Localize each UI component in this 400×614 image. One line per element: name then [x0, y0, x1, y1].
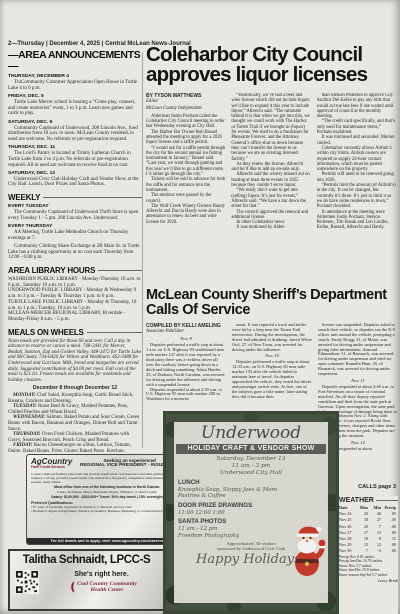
weather-row-date: Nov 30 — [339, 548, 357, 554]
announcement-body: The Lord’s Pantry is located at Trinity … — [8, 151, 142, 168]
meal-day: THURSDAY: — [13, 432, 41, 437]
underwood-banner: HOLIDAY CRAFT & VENDOR SHOW — [176, 444, 326, 454]
announcement-events-list: THURSDAY, DECEMBER 4 TruCommunity Custom… — [8, 74, 142, 188]
sheriff-entry: assist. It was reported a truck and trai… — [232, 323, 312, 352]
weather-row-max: 7 — [357, 548, 370, 554]
article-col3-paragraphs: man Stetson Pedersen to approve City Aud… — [317, 93, 396, 231]
sheriff-headline: McLean County Sheriff’s Department Calls… — [146, 288, 398, 318]
announcement-item: THURSDAY, DEC. 11 The Lord’s Pantry is l… — [8, 145, 142, 168]
article-paragraph: Albrecht said the winery missed out on h… — [231, 172, 310, 188]
weather-table-rows: Nov 24 43 26 .05 Nov 25 38 27 .30 Nov 26… — [339, 511, 398, 554]
weekly-item: EVERY THURSDAY AA Meeting, Turtle Lake M… — [8, 224, 142, 241]
sheriff-byline-role: Associate Publisher — [146, 329, 226, 334]
lead-article: Coleharbor City Council approves liquor … — [146, 45, 396, 257]
sheriff-col2-items: assist. It was reported a truck and trai… — [232, 323, 312, 400]
santa-claus-icon — [288, 523, 326, 577]
weather-summary-list: Precip Nov 0.81 inchesPrecip Jan-Dec 16.… — [339, 555, 398, 578]
meal-item: FRIDAY: Bacon Cheeseburger on a Bun, Let… — [8, 443, 142, 452]
talitha-ad-row: She's right here. Coal Country Community… — [15, 570, 158, 594]
meal-day: FRIDAY: — [13, 443, 33, 448]
article-byline-role: Editor — [146, 99, 225, 104]
announcement-body: Underwood Civic Club Holiday Craft and V… — [8, 177, 142, 188]
article-headline: Coleharbor City Council approves liquor … — [146, 45, 396, 85]
sheriff-col1-items: Nov. 8Deputies performed a traffic stop … — [146, 336, 226, 402]
sheriff-entry: Deputies performed a traffic stop at abo… — [146, 343, 226, 387]
qr-code-icon — [15, 570, 39, 594]
weekly-events-list: EVERY TUESDAY The Community Cupboard of … — [8, 204, 142, 261]
underwood-craft-show-ad: Underwood HOLIDAY CRAFT & VENDOR SHOW Sa… — [163, 411, 339, 614]
column-divider-rule — [142, 52, 143, 448]
agcountry-brand-subtext: Farm Credit Services — [31, 466, 72, 470]
underwood-doorprize-times: 11:00 12:00 1:00 — [178, 510, 324, 516]
coal-country-logo: Coal Country Community Health Center — [45, 581, 158, 593]
agcountry-locations: Cando, Bottineau, Minot, Bonetraill, Rug… — [31, 490, 183, 494]
library-hours-item: WASHBURN PUBLIC LIBRARY - Monday-Thursda… — [8, 277, 142, 288]
underwood-ad-inner: Underwood HOLIDAY CRAFT & VENDOR SHOW Sa… — [174, 422, 328, 603]
weather-box: WEATHER Date Max Min Precip Nov 24 43 26… — [339, 496, 398, 614]
agcountry-logo: AgCountry Farm Credit Services — [31, 458, 72, 470]
article-column-2: “Historically, we’ve had a beer and wine… — [231, 93, 310, 257]
article-paragraph: It was motioned by Alder- — [231, 225, 310, 230]
agcountry-body-text: to lead a high-performing sales team and… — [31, 472, 183, 484]
article-paragraph: “Permits limit the amount (of Airbnb’s) … — [317, 183, 396, 209]
announcement-body: Turtle Lake Mercer school is hosting a “… — [8, 100, 142, 117]
talitha-schnaidt-ad: Talitha Schnaidt, LPCC-S — [8, 549, 165, 611]
article-column-3: man Stetson Pedersen to approve City Aud… — [317, 93, 396, 257]
article-columns: BY TYSON MATTHEWS Editor McLean County I… — [146, 93, 396, 257]
weather-row-precip: .00 — [383, 548, 398, 554]
article-paragraph: man Stetson Pedersen to approve City Aud… — [317, 93, 396, 119]
announcement-item: SATURDAY, DEC. 6 Community Cupboard of U… — [8, 120, 142, 143]
meal-day: TUESDAY: — [13, 404, 37, 409]
meal-item: TUESDAY: Roast Beef & Gravy, Mashed Pota… — [8, 404, 142, 415]
article-paragraph: It was motioned and seconded. Motion car… — [317, 135, 396, 146]
article-paragraph: Permits will need to be renewed going in… — [317, 172, 396, 183]
article-paragraph: In attendance at the meeting were Alderm… — [317, 210, 396, 231]
underwood-lunch-label: LUNCH — [178, 479, 324, 487]
article-paragraph: Tickets will be sold in advance for both… — [146, 177, 225, 193]
meal-item: MONDAY: Chef Salad, Knoephla Soup, Garli… — [8, 393, 142, 404]
library-hours-item: TURTLE LAKE PUBLIC LIBRARY - Monday & Th… — [8, 300, 142, 311]
article-paragraph: “The credit card specifically, and that’… — [317, 119, 396, 135]
meal-day: WEDNESDAY: — [13, 415, 45, 420]
meal-item: WEDNESDAY: Salmon, Baked Potato and Sour… — [8, 415, 142, 432]
weekly-item: Community Clothing Share-Exchange at 2B … — [8, 244, 142, 261]
agcountry-qualification-item: Bachelor's degree in Agriculture, Financ… — [31, 509, 183, 513]
library-section-title: AREA LIBRARY HOURS — [8, 266, 142, 275]
newspaper-page: 2—Thursday | December 4, 2025 | Central … — [0, 0, 400, 614]
underwood-date: Saturday, December 13 — [178, 456, 324, 463]
underwood-doorprize-label: DOOR PRIZE DRAWINGS — [178, 502, 324, 510]
agcountry-qualifications-list: 8+ years of leadership experience in ins… — [31, 505, 183, 513]
article-column-1: BY TYSON MATTHEWS Editor McLean County I… — [146, 93, 225, 257]
article-col1-paragraphs: Alderman Justin Pochant called the Coleh… — [146, 114, 225, 225]
coal-country-name: Coal Country Community Health Center — [77, 581, 137, 593]
underwood-script-title: Underwood — [178, 425, 324, 442]
meals-menu-list: MONDAY: Chef Salad, Knoephla Soup, Garli… — [8, 393, 142, 452]
arcs-icon — [66, 581, 75, 593]
meal-day: MONDAY: — [13, 393, 36, 398]
underwood-place: Underwood City Hall — [178, 470, 324, 477]
underwood-lunch-menu-2: Pastries & Coffee — [178, 493, 324, 499]
weekly-section-title: WEEKLY — [8, 193, 142, 202]
article-paragraph: “I would ask for a raffle permit through… — [146, 146, 225, 178]
announcement-item: THURSDAY, DECEMBER 4 TruCommunity Custom… — [8, 74, 142, 91]
sheriff-entry: license was suspended. Deputies asked to… — [318, 323, 398, 377]
area-announcements-column: —AREA ANNOUNCEMENTS— THURSDAY, DECEMBER … — [8, 50, 142, 452]
agcountry-salary-line: Salary: $140,000 - $203,000+ Travel: 50%… — [31, 495, 183, 499]
library-hours-list: WASHBURN PUBLIC LIBRARY - Monday-Thursda… — [8, 277, 142, 323]
talitha-tagline: She's right here. — [45, 571, 158, 579]
article-paragraph: Coleharbor currently allows Airbnb’s wit… — [317, 146, 396, 172]
article-paragraph: The Wolf Creek Winery Owners Randy Albre… — [146, 204, 225, 225]
menu-week-title: December 8 through December 12 — [8, 385, 142, 392]
underwood-time: 11 am - 3 pm — [178, 463, 324, 470]
article-paragraph: Alderman Justin Pochant called the Coleh… — [146, 114, 225, 130]
article-byline-org: McLean County Independent — [146, 106, 225, 111]
announcement-body: TruCommunity Customer Appreciation Open … — [8, 80, 142, 91]
weather-row-min: -3 — [370, 548, 383, 554]
article-paragraph: The Harbor Bar Owner Rob Russel attended… — [146, 130, 225, 146]
weekly-item: EVERY TUESDAY The Community Cupboard of … — [8, 204, 142, 221]
area-announcements-title: —AREA ANNOUNCEMENTS— — [8, 50, 142, 72]
weekly-body: The Community Cupboard of Underwood Thri… — [8, 210, 142, 221]
article-col2-paragraphs: “Historically, we’ve had a beer and wine… — [231, 93, 310, 231]
article-paragraph: “Historically, we’ve had a beer and wine… — [231, 93, 310, 162]
talitha-right-block: She's right here. Coal Country Community… — [45, 571, 158, 593]
weather-credit: Larry Brink — [339, 578, 398, 584]
announcement-body: Community Cupboard of Underwood, 208 Lin… — [8, 126, 142, 143]
announcement-item: SATURDAY, DEC. 13 Underwood Civic Club H… — [8, 171, 142, 188]
article-paragraph: As they renew the license, Albrecht said… — [231, 162, 310, 173]
weekly-body: Community Clothing Share-Exchange at 2B … — [8, 244, 142, 261]
sheriff-entry: Deputies performed a traffic stop at abo… — [232, 360, 312, 399]
agcountry-ad-header: AgCountry Farm Credit Services Seeking a… — [31, 458, 183, 470]
weather-title: WEATHER — [339, 496, 398, 505]
library-hours-item: UNDERWOOD PUBLIC LIBRARY - Monday & Wedn… — [8, 288, 142, 299]
calls-continued-tag: CALLS page 3 — [326, 484, 396, 490]
meal-item: THURSDAY: Oven Fried Chicken, Mashed Pot… — [8, 432, 142, 443]
talitha-name: Talitha Schnaidt, LPCC-S — [15, 554, 158, 567]
meals-section-title: MEALS ON WHEELS — [8, 328, 142, 337]
announcement-item: FRIDAY, DEC. 5 Turtle Lake Mercer school… — [8, 94, 142, 117]
article-paragraph: The council approved the renewal and add… — [231, 210, 310, 221]
weekly-body: AA Meeting, Turtle Lake Methodist Church… — [8, 230, 142, 241]
meals-intro: Noon meals are provided for those 60 and… — [8, 339, 142, 384]
library-hours-item: MCLEAN-MERCER REGIONAL LIBRARY, Riverdal… — [8, 311, 142, 322]
article-paragraph: “We really don’t want to get into (selli… — [231, 188, 310, 209]
article-paragraph: The motions were passed by the council. — [146, 193, 225, 204]
sheriff-entry: Deputies responded at about 2:39 a.m. to… — [146, 388, 226, 403]
